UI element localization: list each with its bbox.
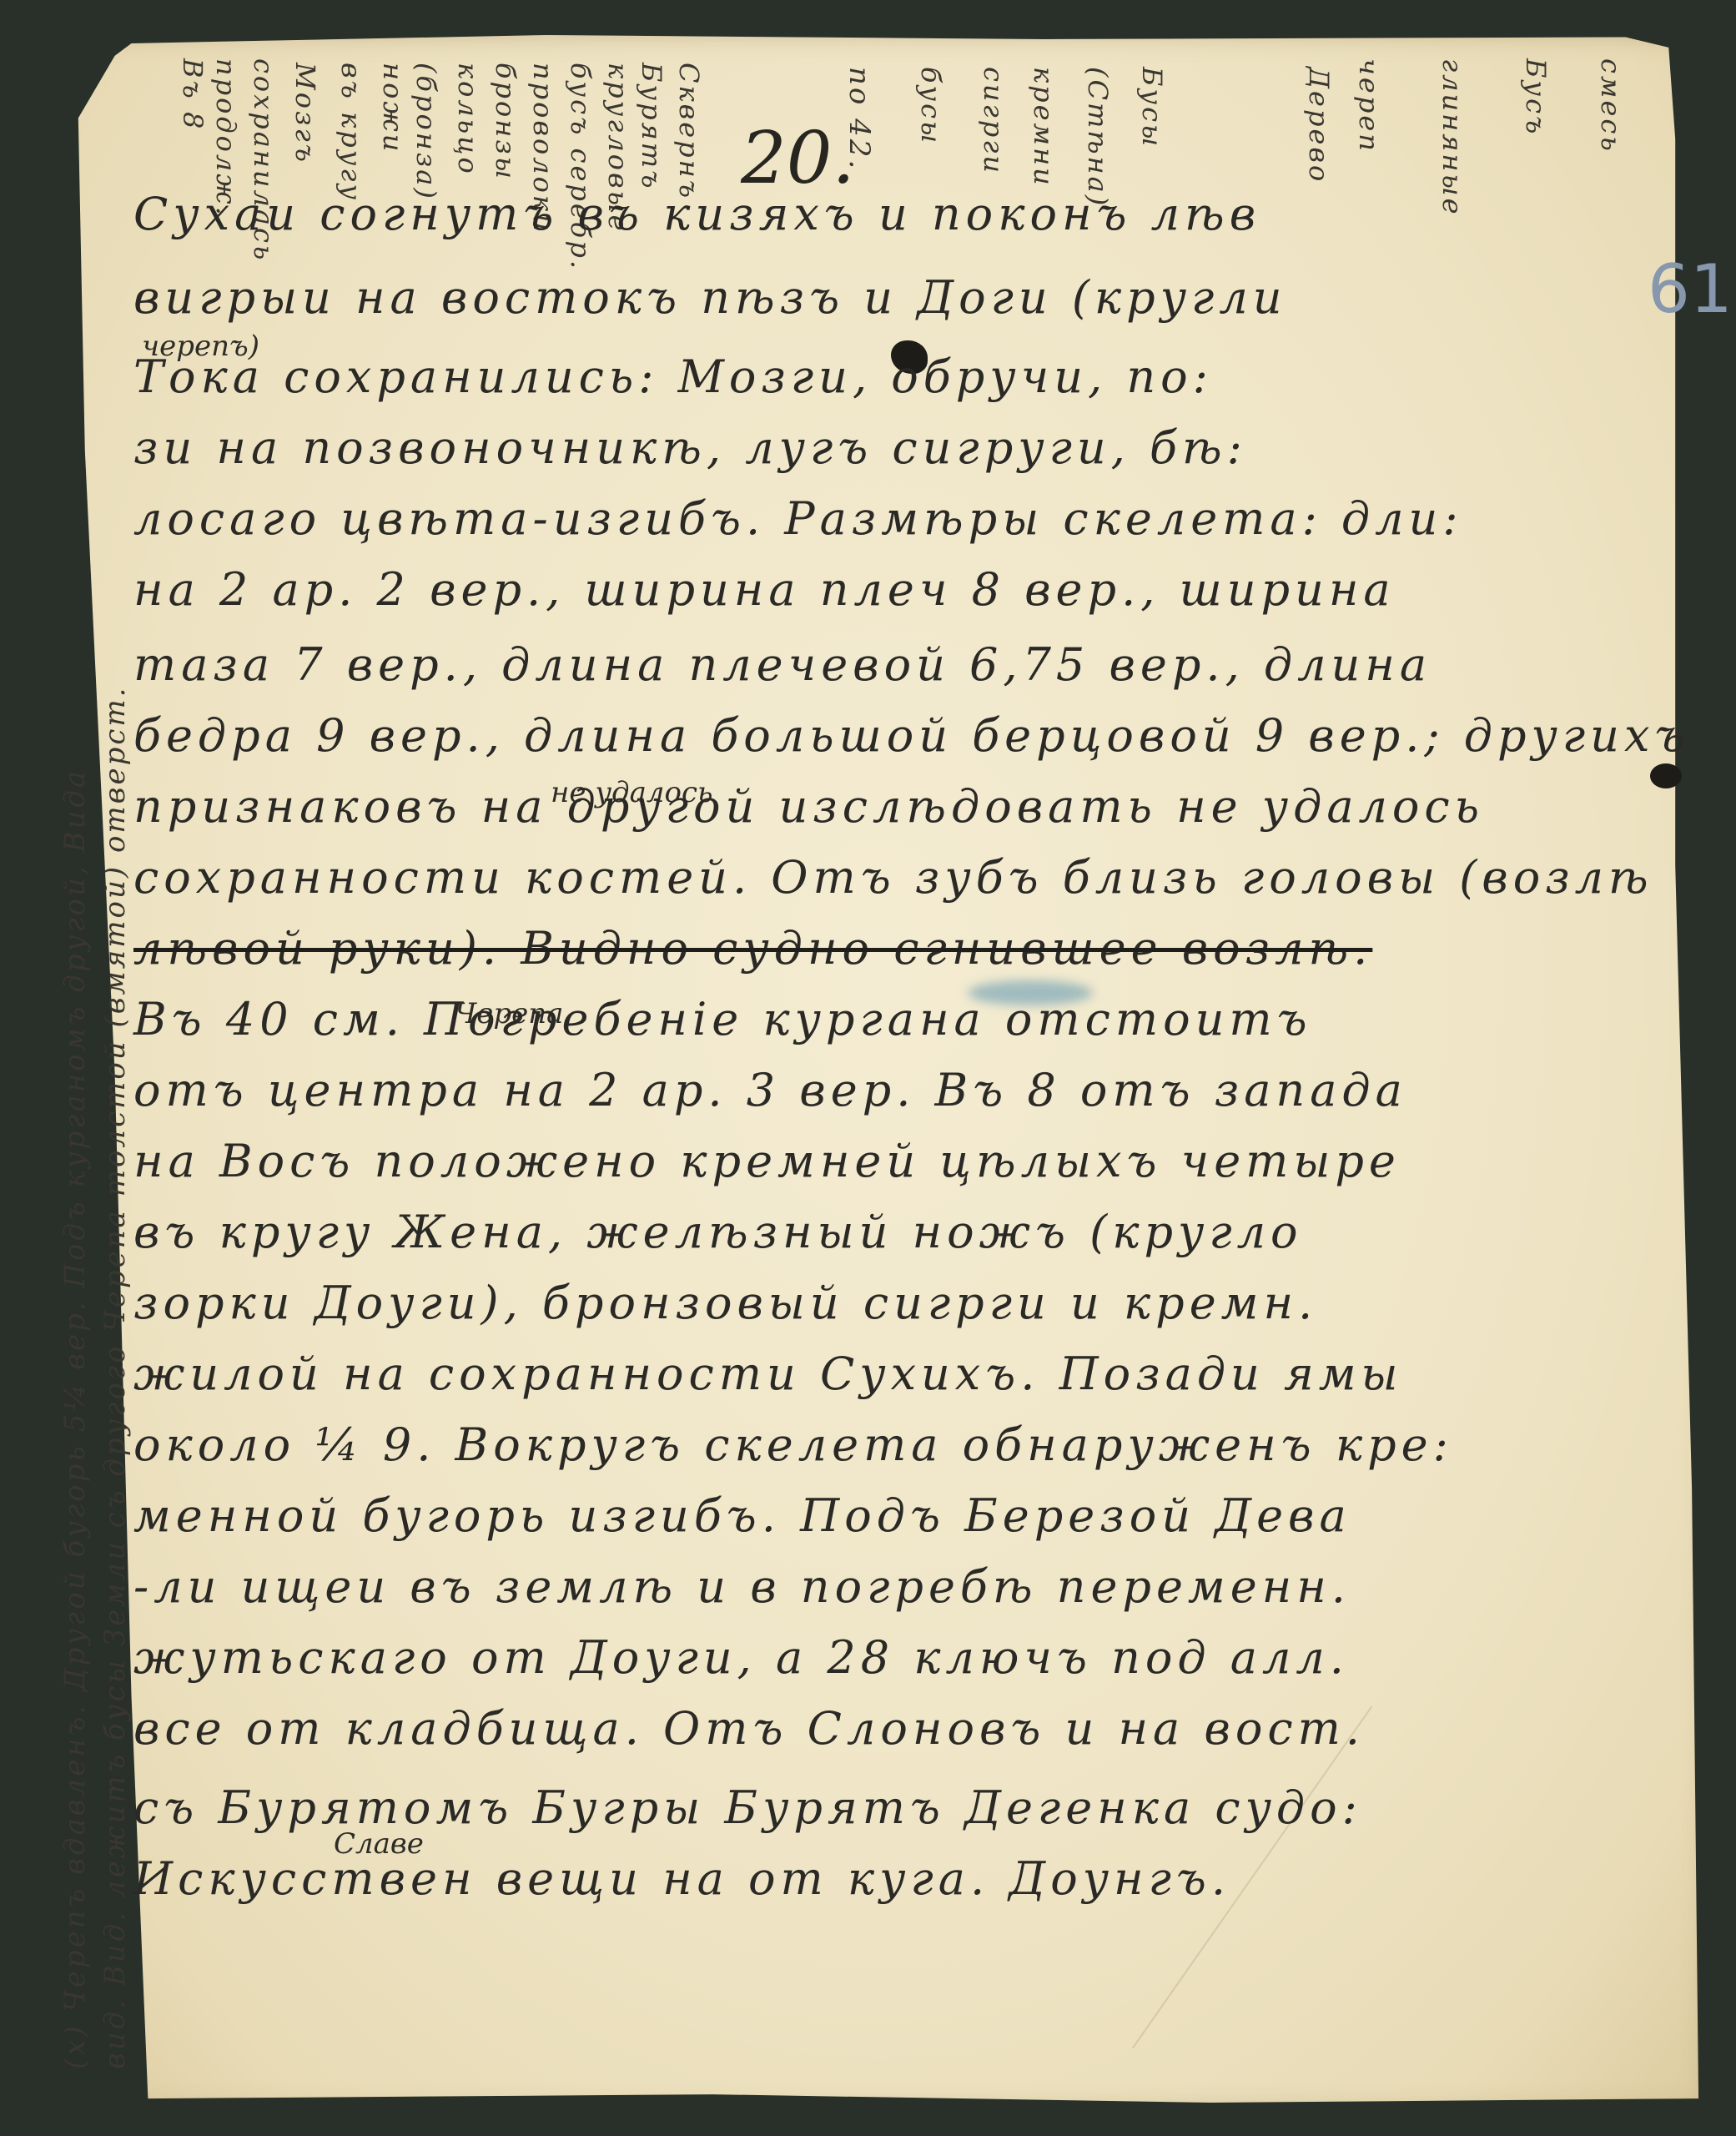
text-line-12: Въ 40 см. Погребенiе кургана отстоитъ xyxy=(133,993,1312,1045)
text-line-6: на 2 ар. 2 вер., ширина плеч 8 вер., шир… xyxy=(133,563,1396,616)
text-line-3: Тока сохранились: Мозги, обручи, по: xyxy=(133,350,1213,403)
text-line-14: на Восъ положено кремней цѣлыхъ четыре xyxy=(133,1135,1401,1187)
text-line-11-struck: лѣвой руки). Видно судно сгнившее возлѣ. xyxy=(133,922,1372,975)
margin-note-left-2: вид. Вид. лежитъ бусы Земли съ другого Ч… xyxy=(98,686,132,2069)
margin-note-top-4: Мозгъ xyxy=(289,63,321,164)
margin-note-top-1: Въ 8 xyxy=(177,58,209,131)
margin-note-top-25: смесь xyxy=(1595,58,1627,154)
text-line-24: Искусствен вещи на от куга. Доунгъ. xyxy=(133,1852,1230,1905)
text-line-9: признаковъ на другой изслѣдовать не удал… xyxy=(133,780,1484,833)
text-line-13: отъ центра на 2 ар. 3 вер. Въ 8 отъ запа… xyxy=(133,1064,1407,1116)
text-line-23: съ Бурятомъ Бугры Бурятъ Дегенка судо: xyxy=(133,1781,1362,1834)
text-line-18: около ¼ 9. Вокругъ скелета обнаруженъ кр… xyxy=(133,1418,1453,1471)
margin-note-top-17: сигрги xyxy=(978,67,1009,175)
margin-note-top-9: бронзы xyxy=(490,63,521,181)
margin-note-top-22: череп xyxy=(1353,58,1385,154)
margin-note-top-18: кремни xyxy=(1028,67,1059,188)
archive-folio-number: 61 xyxy=(1648,250,1733,328)
text-line-15: въ кругу Жена, желѣзный ножъ (кругло xyxy=(133,1206,1303,1258)
margin-note-top-19: (Стѣна) xyxy=(1082,67,1114,208)
text-line-17: жилой на сохранности Сухихъ. Позади ямы xyxy=(133,1348,1403,1400)
text-line-1: Сухаи согнутъ въ кизяхъ и поконъ лѣв xyxy=(133,188,1260,240)
margin-note-top-6: ножи xyxy=(377,63,409,154)
margin-note-top-24: Бусъ xyxy=(1520,58,1552,136)
ink-blot-footnote xyxy=(1650,763,1682,788)
margin-note-left-1: (х) Черепъ вдавленъ. Другой бугорь 5¼ ве… xyxy=(58,768,92,2069)
text-line-21: жутьскаго от Доуги, а 28 ключъ под алл. xyxy=(133,1631,1349,1684)
margin-note-top-5: въ кругу xyxy=(335,63,367,202)
text-line-4: зи на позвоночникѣ, лугъ сигруги, бѣ: xyxy=(133,421,1247,474)
text-line-20: -ли ищеи въ землѣ и в погребѣ переменн. xyxy=(133,1560,1351,1613)
text-line-19: менной бугорь изгибъ. Подъ Березой Дева xyxy=(133,1489,1351,1542)
text-line-8: бедра 9 вер., длина большой берцовой 9 в… xyxy=(133,709,1689,762)
margin-note-top-16: бусы xyxy=(915,67,947,145)
text-line-10: сохранности костей. Отъ зубъ близь голов… xyxy=(133,851,1653,904)
text-line-5: лосаго цвѣта-изгибъ. Размѣры скелета: дл… xyxy=(133,492,1463,545)
margin-note-top-15: по 42. xyxy=(843,67,876,171)
margin-note-top-23: глиняные xyxy=(1437,58,1468,217)
margin-note-top-14: Сквернъ xyxy=(673,63,705,200)
margin-note-top-8: кольцо xyxy=(452,63,484,176)
margin-note-top-13: Бурятъ xyxy=(636,63,667,190)
text-line-16: зорки Доуги), бронзовый сигрги и кремн. xyxy=(133,1277,1317,1329)
margin-note-top-7: (бронза) xyxy=(410,63,442,201)
text-line-2: вигрыи на востокъ пѣзъ и Доги (кругли xyxy=(133,271,1287,324)
text-line-22: все от кладбища. Отъ Слоновъ и на вост. xyxy=(133,1702,1365,1755)
text-line-7: таза 7 вер., длина плечевой 6,75 вер., д… xyxy=(133,638,1432,691)
margin-note-top-20: Бусы xyxy=(1136,67,1168,149)
margin-note-top-21: Дерево xyxy=(1303,67,1335,184)
